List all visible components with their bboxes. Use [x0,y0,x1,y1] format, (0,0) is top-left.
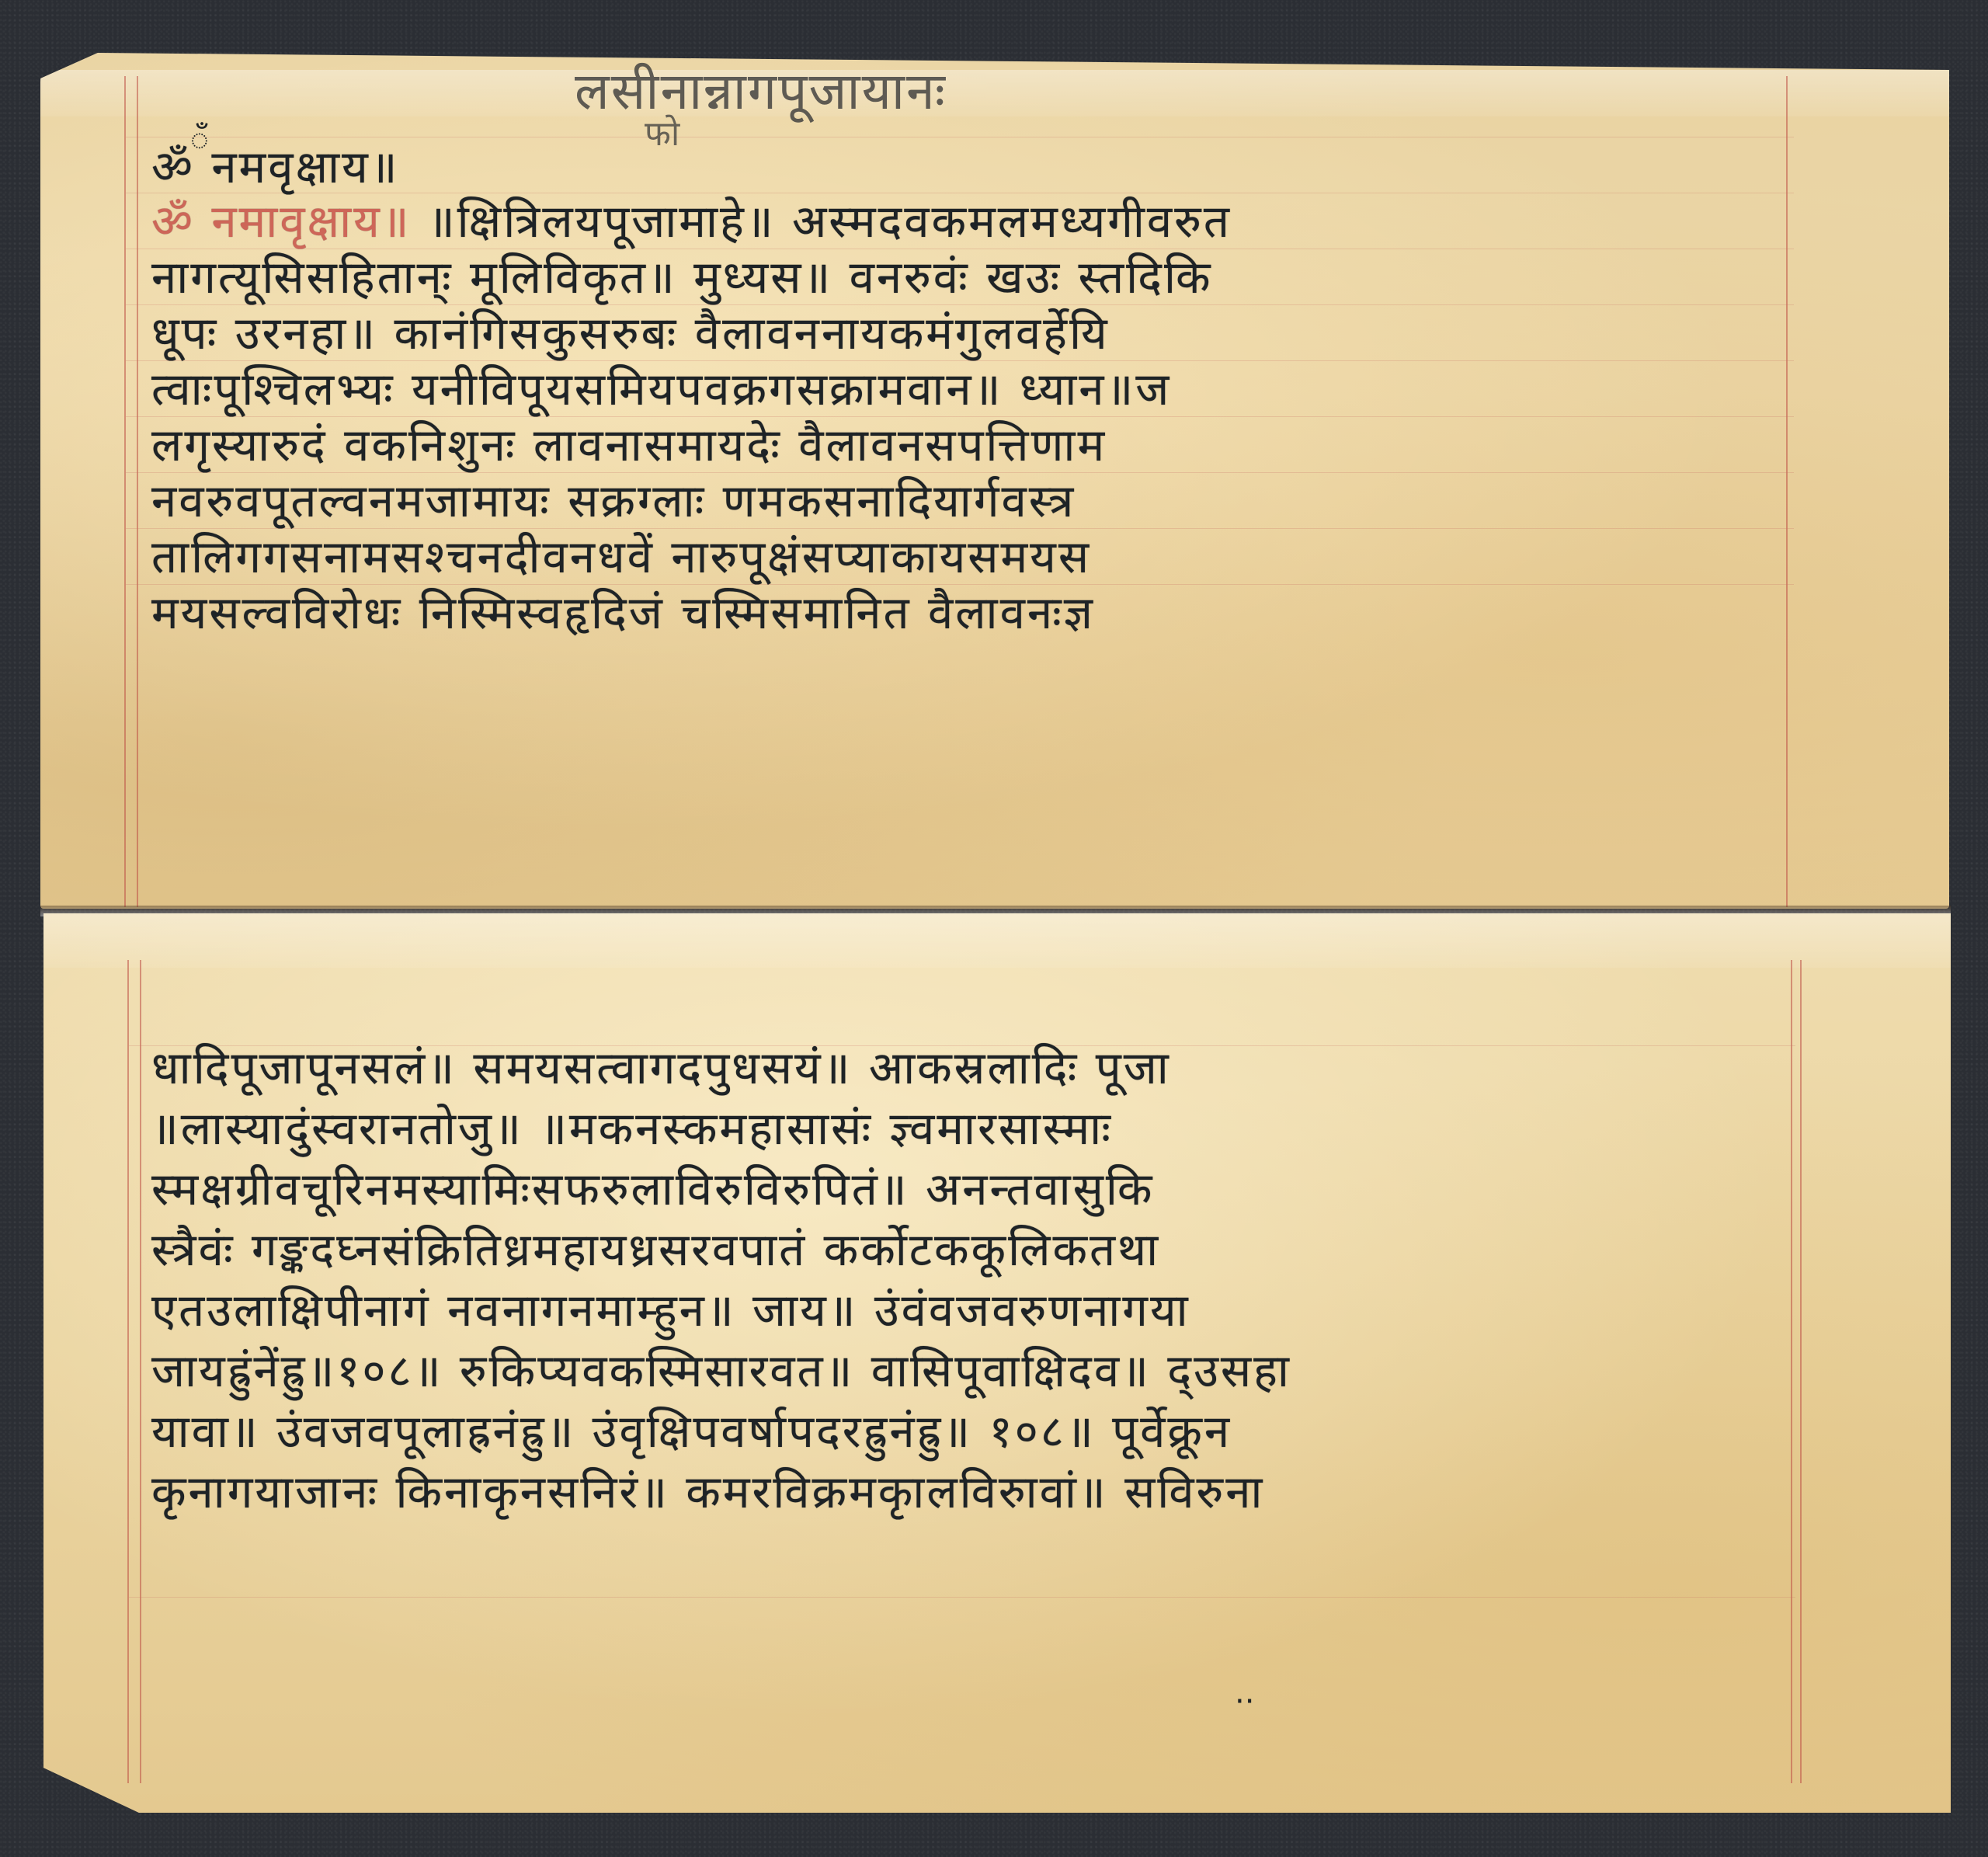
text-line: धादिपूजापूनसलं॥ समयसत्वागदपुधसयं॥ आकस्रल… [151,1041,1171,1095]
ink-mark: ·· [1235,1684,1254,1720]
ruling-line [126,137,1794,137]
margin-rule-left-inner [137,76,138,907]
text-line: एतउलाक्षिपीनागं नवनागनमाम्हुन॥ जाय॥ उंवं… [151,1283,1190,1337]
text-line: मयसल्वविरोधः निस्मिस्वहृदिजं चस्मिसमानित… [151,586,1095,640]
ruling-line [129,1597,1795,1598]
text-line: नवरुवपूतल्वनमजामायः सक्रग्लाः णमकसनादिया… [151,474,1076,528]
ruling-line [126,528,1794,529]
leaf-header-title: लसीनान्नागपूजायानः [575,54,947,124]
margin-rule-left-outer [124,76,126,907]
margin-rule-right [1786,76,1788,907]
ruling-line [126,304,1794,305]
text-line: कृनागयाजानः किनाकृनसनिरं॥ कमरविक्रमकृालव… [151,1465,1264,1519]
margin-rule-left-inner [140,960,141,1783]
margin-rule-right [1791,960,1792,1783]
repair-tape-strip [40,70,1949,116]
text-line-continuation: ॥क्षित्रिलयपूजामाहे॥ अस्मदवकमलमध्यगीवरुत [411,195,1231,248]
text-line: लगृस्यारुदं वकनिशुनः लावनासमायदेः वैलावन… [151,418,1107,472]
text-line: यावा॥ उंवजवपूलाह्रनंह्रु॥ उंवृक्षिपवर्षा… [151,1404,1232,1459]
margin-rule-right-inner [1800,960,1802,1783]
leaf-header-annotation: फो [645,109,679,155]
text-line: तालिगगसनामसश्चनदीवनधवें नारुपूक्षंसप्याक… [151,530,1091,584]
text-line: स्मक्षग्रीवचूरिनमस्यामिःसफरुलाविरुविरुपि… [151,1162,1154,1216]
ruling-line [126,472,1794,473]
text-line: त्वाःपूश्चिलभ्यः यनीविपूयसमियपवक्रगसक्रा… [151,362,1171,416]
rubric-text: ॐ नमावृक्षाय॥ [151,195,411,248]
margin-rule-left-outer [127,960,129,1783]
ruling-line [126,249,1794,249]
ruling-line [126,584,1794,585]
text-line: स्त्रैवंः गङ्कदघ्नसंक्रितिध्रमहायध्रसरवप… [151,1222,1160,1277]
text-line-rubric-row: ॐ नमावृक्षाय॥ ॥क्षित्रिलयपूजामाहे॥ अस्मद… [151,194,1232,249]
ruling-line [126,360,1794,361]
text-line: ॐ नमवृक्षाय॥ [151,140,399,194]
repair-tape-strip [43,913,1951,968]
text-line: जायह्रुंनेंह्रु॥१०८॥ रुकिप्यवकस्मिसारवत॥… [151,1344,1291,1398]
text-line: धूपः उरनहा॥ कानंगिसकुसरुबः वैलावननायकमंग… [151,306,1110,360]
ruling-line [126,416,1794,417]
text-line: ॥लास्यादुंस्वरानतोजु॥ ॥मकनस्कमहासासंः ज्… [151,1101,1113,1156]
text-line: नागत्यूसिसहितान्ः मूलिविकृत॥ मुध्यस॥ वनर… [151,250,1213,304]
